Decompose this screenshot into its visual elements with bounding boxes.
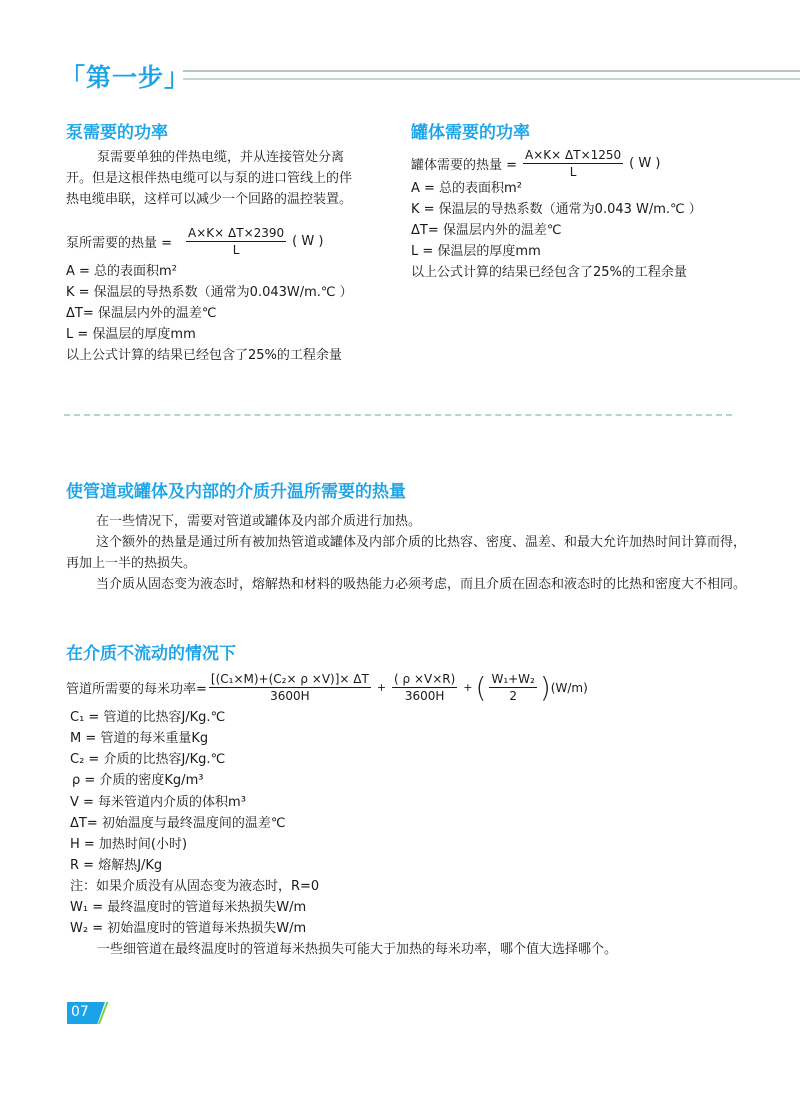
tank-def-delta-t: ΔT= 保温层内外的温差℃ (411, 220, 561, 241)
pump-formula-unit: ( W ) (292, 234, 323, 249)
pump-formula-numerator: A×K× ΔT×2390 (186, 226, 286, 242)
tank-formula-label: 罐体需要的热量 = (411, 154, 517, 173)
static-def-note-r: 注：如果介质没有从固态变为液态时，R=0 (70, 876, 319, 897)
static-formula: 管道所需要的每米功率= [(C₁×M)+(C₂× ρ ×V)]× ΔT 3600… (66, 672, 588, 703)
static-def-w1: W₁ = 最终温度时的管道每米热损失W/m (70, 897, 306, 918)
tank-heading: 罐体需要的功率 (411, 118, 530, 143)
static-term1-denominator: 3600H (270, 688, 310, 703)
static-def-w2: W₂ = 初始温度时的管道每米热损失W/m (70, 918, 306, 939)
static-formula-label: 管道所需要的每米功率= (66, 678, 207, 697)
static-def-delta-t: ΔT= 初始温度与最终温度间的温差℃ (70, 813, 285, 834)
static-plus-2: + (463, 681, 472, 694)
tank-def-margin-note: 以上公式计算的结果已经包含了25%的工程余量 (411, 262, 687, 283)
pump-formula-fraction: A×K× ΔT×2390 L (186, 226, 286, 257)
static-term3-denominator: 2 (509, 688, 517, 703)
tank-def-area: A = 总的表面积m² (411, 178, 522, 199)
pump-def-thickness: L = 保温层的厚度mm (66, 324, 196, 345)
static-def-r: R = 熔解热J/Kg (70, 855, 162, 876)
static-term2-fraction: ( ρ ×V×R) 3600H (392, 672, 457, 703)
static-term2-denominator: 3600H (405, 688, 445, 703)
pump-intro-line-2: 开。但是这根伴热电缆可以与泵的进口管线上的伴 (66, 168, 352, 189)
heating-heading: 使管道或罐体及内部的介质升温所需要的热量 (66, 477, 406, 502)
tank-formula: 罐体需要的热量 = A×K× ΔT×1250 L ( W ) (411, 148, 660, 179)
static-def-c1: C₁ = 管道的比热容J/Kg.℃ (70, 707, 225, 728)
heating-paragraph-2: 这个额外的热量是通过所有被加热管道或罐体及内部介质的比热容、密度、温差、和最大允… (66, 532, 746, 574)
static-def-v: V = 每米管道内介质的体积m³ (70, 792, 246, 813)
static-term3-fraction: W₁+W₂ 2 (489, 672, 536, 703)
tank-def-thickness: L = 保温层的厚度mm (411, 241, 541, 262)
pump-formula-denominator: L (233, 242, 240, 257)
header-rule-top (183, 70, 800, 72)
static-plus-1: + (377, 681, 386, 694)
tank-formula-denominator: L (570, 164, 577, 179)
pump-def-delta-t: ΔT= 保温层内外的温差℃ (66, 303, 216, 324)
static-note: 一些细管道在最终温度时的管道每米热损失可能大于加热的每米功率，哪个值大选择哪个。 (97, 939, 617, 960)
header-double-rule (183, 70, 800, 80)
static-term1-fraction: [(C₁×M)+(C₂× ρ ×V)]× ΔT 3600H (209, 672, 371, 703)
tank-formula-unit: ( W ) (629, 156, 660, 171)
static-paren-close: ) (540, 674, 551, 702)
step-title: 「第一步」 (60, 58, 190, 94)
pump-formula: 泵所需要的热量 = A×K× ΔT×2390 L ( W ) (66, 226, 323, 257)
static-def-c2: C₂ = 介质的比热容J/Kg.℃ (70, 749, 225, 770)
tank-def-conductivity: K = 保温层的导热系数（通常为0.043 W/m.℃ ） (411, 199, 702, 220)
static-heading: 在介质不流动的情况下 (66, 639, 236, 664)
heating-paragraph-1: 在一些情况下，需要对管道或罐体及内部介质进行加热。 (66, 511, 746, 532)
static-term3-numerator: W₁+W₂ (489, 672, 536, 688)
pump-def-margin-note: 以上公式计算的结果已经包含了25%的工程余量 (66, 345, 342, 366)
static-def-rho: ρ = 介质的密度Kg/m³ (72, 770, 203, 791)
tank-formula-numerator: A×K× ΔT×1250 (523, 148, 623, 164)
section-divider (64, 414, 732, 416)
header-rule-bottom (183, 78, 800, 80)
tank-formula-fraction: A×K× ΔT×1250 L (523, 148, 623, 179)
static-formula-unit: (W/m) (551, 681, 588, 695)
heating-paragraph-3: 当介质从固态变为液态时，熔解热和材料的吸热能力必须考虑，而且介质在固态和液态时的… (66, 574, 746, 595)
pump-heading: 泵需要的功率 (66, 118, 168, 143)
static-paren-open: ( (476, 674, 487, 702)
pump-intro-line-3: 热电缆串联，这样可以减少一个回路的温控装置。 (66, 189, 352, 210)
pump-def-area: A = 总的表面积m² (66, 261, 177, 282)
static-term2-numerator: ( ρ ×V×R) (392, 672, 457, 688)
static-def-m: M = 管道的每米重量Kg (70, 728, 208, 749)
pump-formula-label: 泵所需要的热量 = (66, 232, 172, 251)
static-def-h: H = 加热时间(小时) (70, 834, 187, 855)
static-term1-numerator: [(C₁×M)+(C₂× ρ ×V)]× ΔT (209, 672, 371, 688)
pump-intro-line-1: 泵需要单独的伴热电缆，并从连接管处分离 (97, 147, 344, 168)
pump-def-conductivity: K = 保温层的导热系数（通常为0.043W/m.℃ ） (66, 282, 353, 303)
page-number: 07 (71, 1004, 89, 1020)
